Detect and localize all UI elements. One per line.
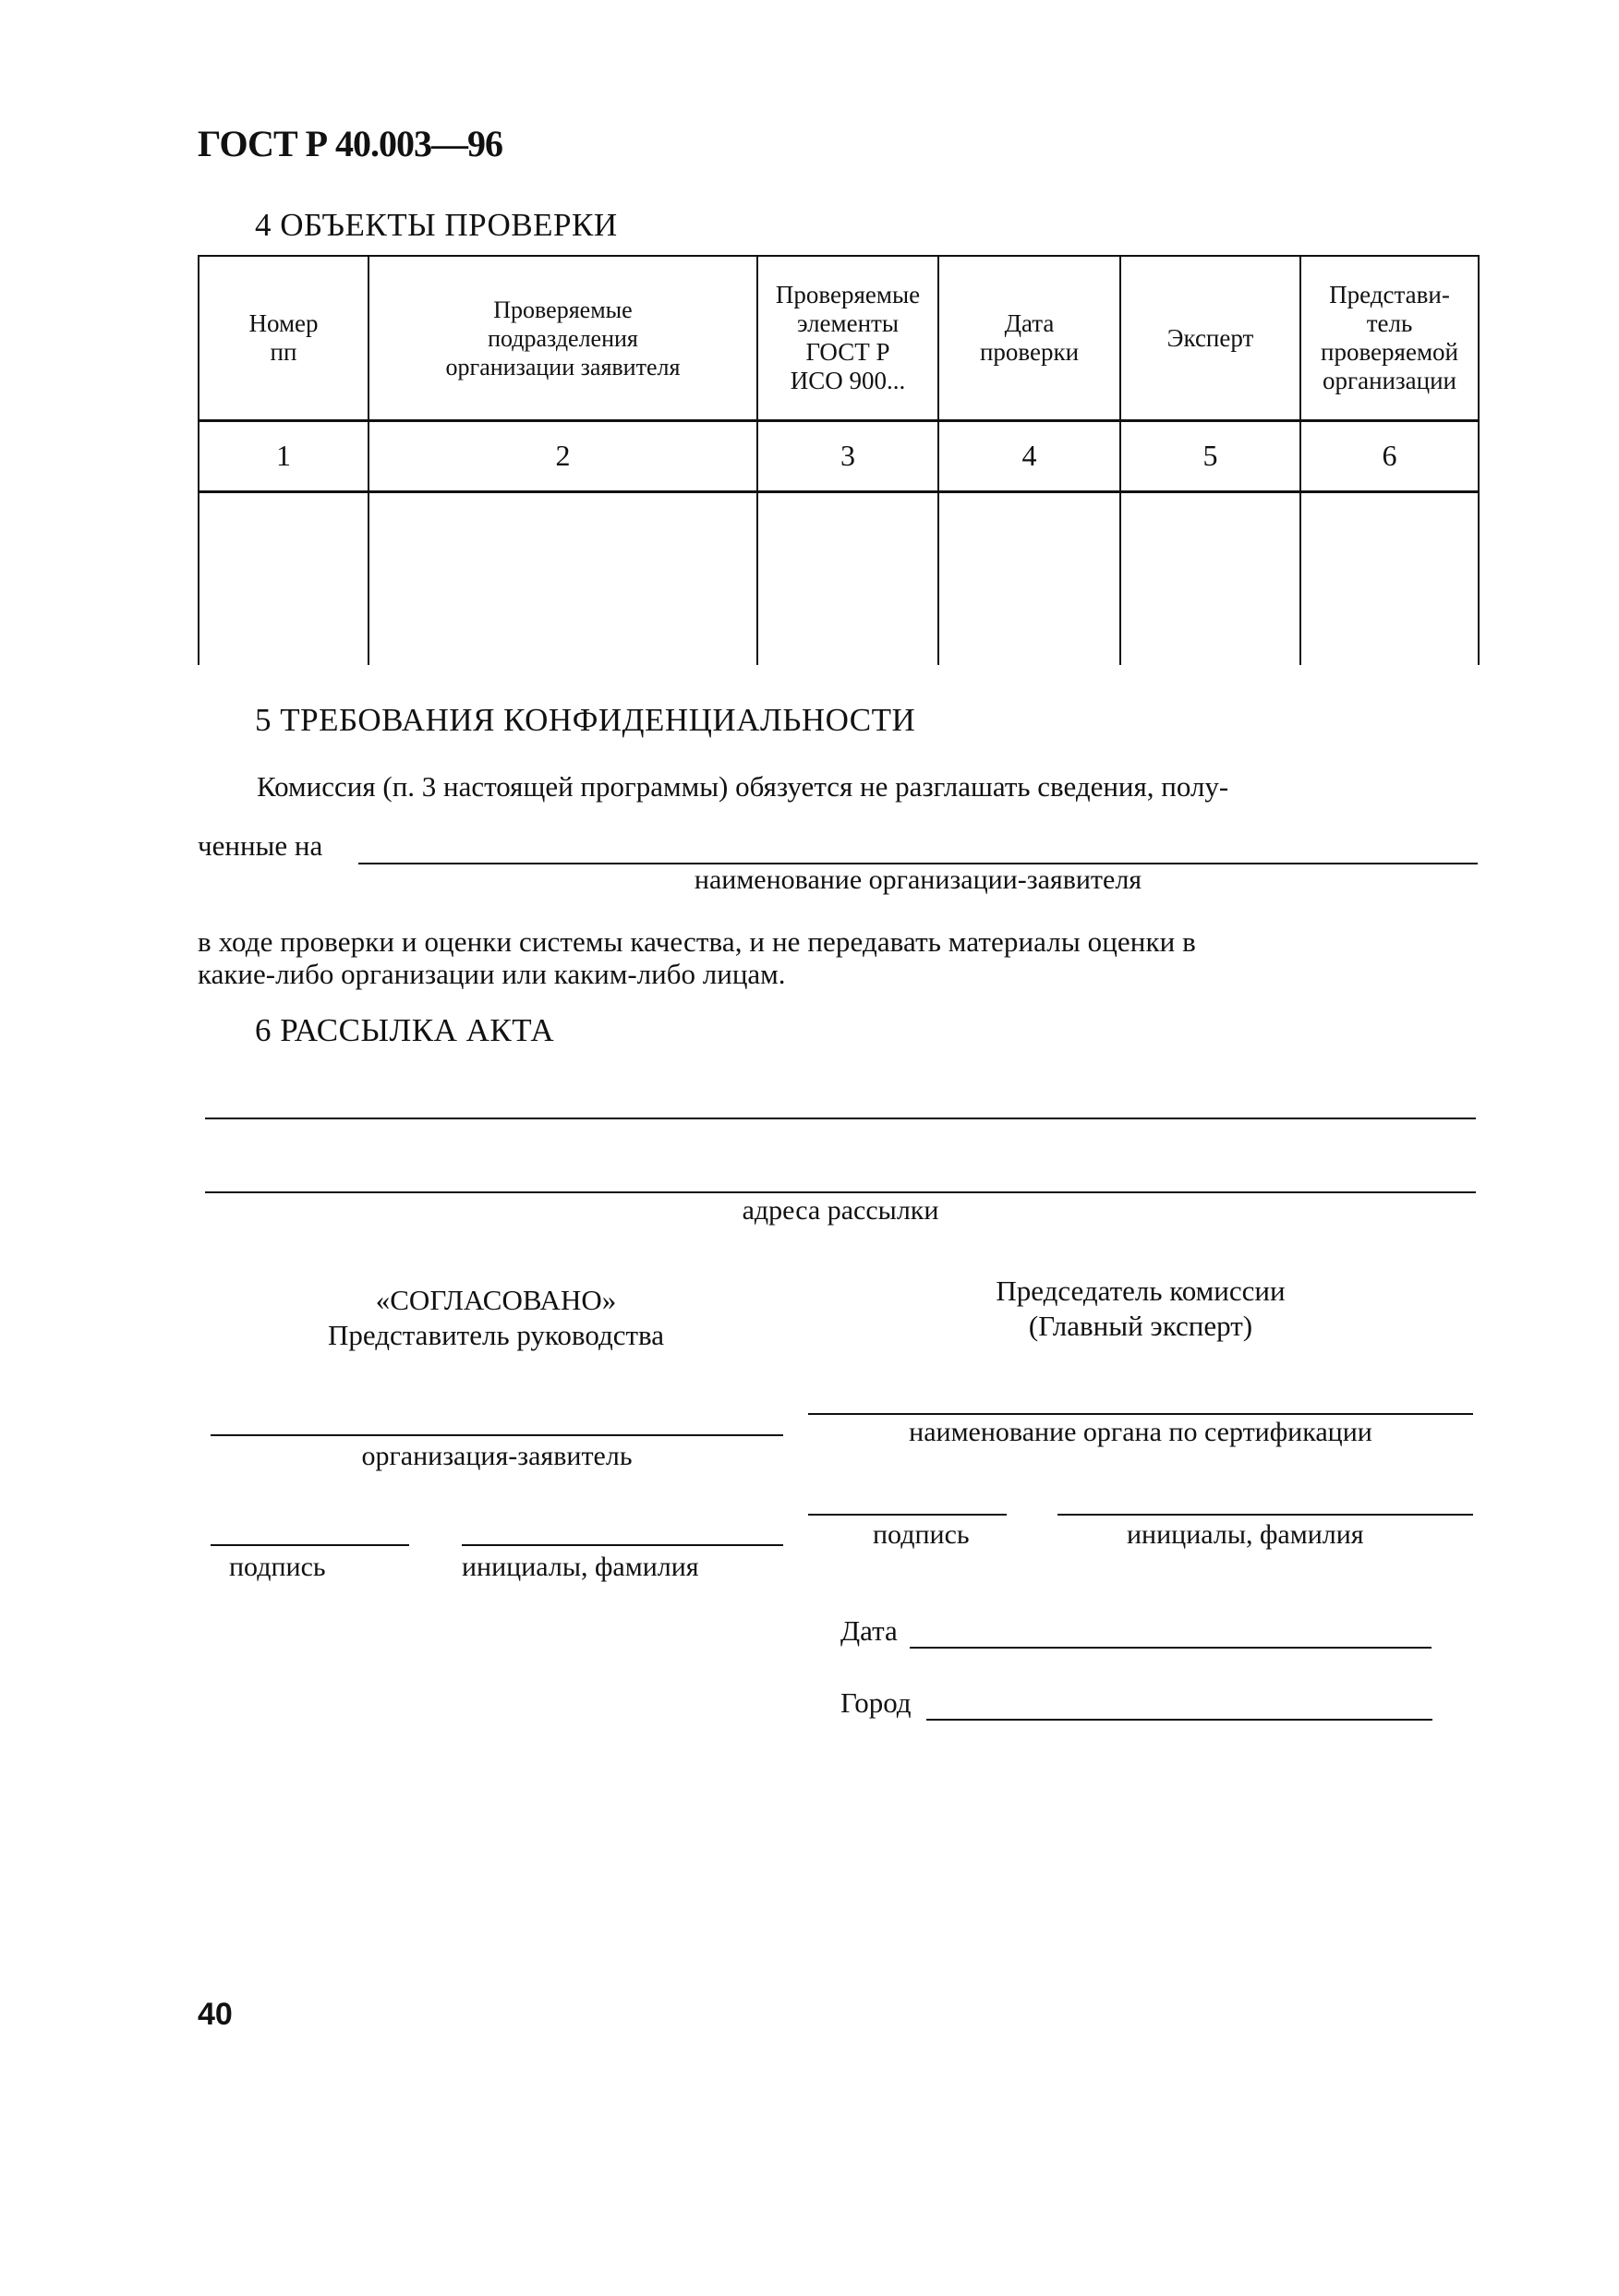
right-signature-line[interactable] [808,1514,1007,1516]
table-column-border [1478,255,1480,665]
commission-chairman-label: Председатель комиссии [808,1275,1473,1308]
city-label: Город [840,1686,912,1720]
table-column-number: 5 [1121,421,1299,490]
table-body-empty[interactable] [199,493,1478,665]
left-name-line[interactable] [462,1544,783,1546]
right-name-caption: инициалы, фамилия [1127,1519,1364,1551]
left-signature-line[interactable] [211,1544,409,1546]
date-field[interactable] [910,1647,1432,1649]
date-label: Дата [840,1614,898,1648]
page-number: 40 [198,1997,233,2033]
section-6-heading: 6 РАССЫЛКА АКТА [255,1012,554,1049]
distribution-address-field-1[interactable] [205,1090,1476,1119]
certification-body-line[interactable] [808,1413,1473,1415]
applicant-organization-signature-line[interactable] [211,1434,783,1436]
confidentiality-text-line-1: Комиссия (п. 3 настоящей программы) обяз… [257,770,1228,804]
confidentiality-text-line-2-prefix: ченные на [198,829,322,863]
management-representative-label: Представитель руководства [211,1319,781,1352]
confidentiality-text-line-4: какие-либо организации или каким-либо ли… [198,958,786,991]
table-column-number: 1 [199,421,368,490]
applicant-organization-signature-caption: организация-заявитель [211,1441,783,1472]
left-name-caption: инициалы, фамилия [462,1552,699,1583]
distribution-address-caption: адреса рассылки [205,1195,1476,1227]
table-column-number: 6 [1301,421,1478,490]
table-header-elements: Проверяемые элементы ГОСТ Р ИСО 900... [758,257,937,419]
distribution-address-field-2[interactable] [205,1164,1476,1193]
applicant-organization-caption: наименование организации-заявителя [358,864,1478,896]
table-header-departments: Проверяемые подразделения организации за… [369,257,756,419]
table-column-number: 2 [369,421,756,490]
table-column-number: 3 [758,421,937,490]
section-5-heading: 5 ТРЕБОВАНИЯ КОНФИДЕНЦИАЛЬНОСТИ [255,702,915,739]
applicant-organization-field[interactable] [358,835,1478,864]
city-field[interactable] [926,1719,1432,1721]
table-header-expert: Эксперт [1121,257,1299,419]
confidentiality-text-line-3: в ходе проверки и оценки системы качеств… [198,925,1196,959]
section-4-heading: 4 ОБЪЕКТЫ ПРОВЕРКИ [255,207,618,244]
table-header-date: Дата проверки [939,257,1119,419]
table-column-number: 4 [939,421,1119,490]
chief-expert-label: (Главный эксперт) [808,1310,1473,1343]
left-signature-caption: подпись [229,1552,326,1583]
document-code: ГОСТ Р 40.003—96 [198,122,502,165]
right-name-line[interactable] [1057,1514,1473,1516]
right-signature-caption: подпись [873,1519,970,1551]
inspection-objects-table: Номер пп Проверяемые подразделения орган… [198,255,1480,665]
table-header-representative: Представи- тель проверяемой организации [1301,257,1478,419]
certification-body-caption: наименование органа по сертификации [808,1417,1473,1448]
approved-title: «СОГЛАСОВАНО» [211,1284,781,1317]
table-header-number: Номер пп [199,257,368,419]
